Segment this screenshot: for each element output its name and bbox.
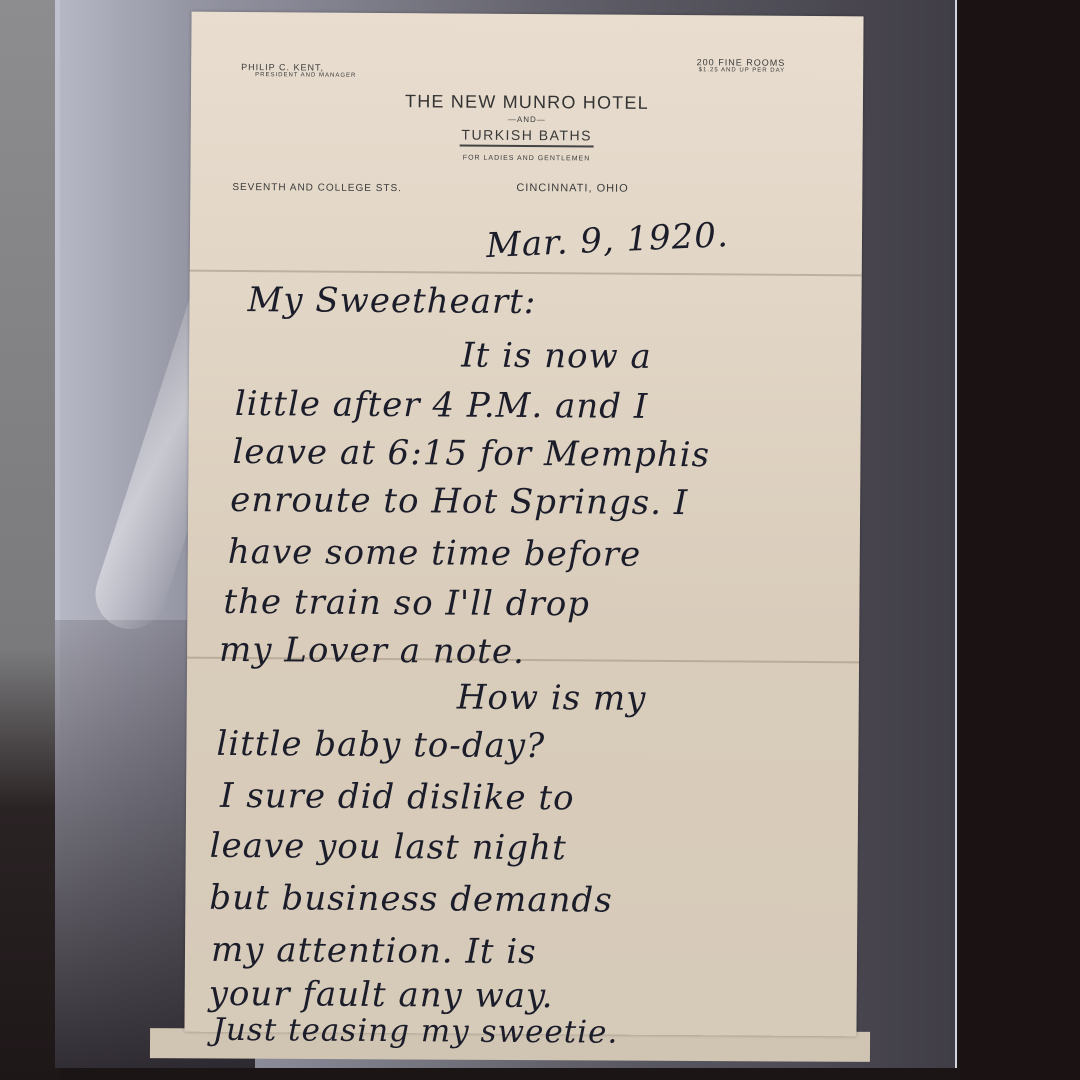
letter-page: PHILIP C. KENT, PRESIDENT AND MANAGER 20… [184,12,863,1037]
proprietor-block: PHILIP C. KENT, PRESIDENT AND MANAGER [241,62,356,79]
proprietor-name: PHILIP C. KENT, [241,62,324,73]
table-surface-left [0,0,60,1080]
letter-line: have some time before [228,532,642,575]
letter-line: I sure did dislike to [220,776,575,818]
letter-line: your fault any way. [209,974,554,1016]
hotel-subtitle: FOR LADIES AND GENTLEMEN [191,153,863,165]
table-surface-right [960,0,1080,1080]
letter-line: but business demands [209,878,613,921]
letter-line: leave you last night [210,826,567,868]
and-separator: —AND— [191,113,863,127]
letter-line: It is now a [461,336,652,377]
letter-line: little baby to-day? [216,724,545,766]
letter-date: Mar. 9, 1920. [485,215,729,266]
fold-line-upper [190,270,862,277]
hotel-name: THE NEW MUNRO HOTEL [191,90,863,116]
room-rates: $1.25 AND UP PER DAY [697,67,786,74]
letter-line: the train so I'll drop [223,582,590,625]
letter-line: little after 4 P.M. and I [235,384,649,427]
baths-title: TURKISH BATHS [191,125,863,146]
letter-line: leave at 6:15 for Memphis [232,432,710,475]
rooms-block: 200 FINE ROOMS $1.25 AND UP PER DAY [697,57,786,74]
salutation: My Sweetheart: [247,280,536,322]
rooms-count: 200 FINE ROOMS [697,57,786,68]
city-address: CINCINNATI, OHIO [516,182,628,195]
letter-line: my Lover a note. [219,630,525,672]
letter-line: Just teasing my sweetie. [212,1012,618,1051]
letter-line: my attention. It is [211,930,537,972]
letter-line: How is my [457,678,647,719]
street-address: SEVENTH AND COLLEGE STS. [232,182,402,194]
proprietor-title: PRESIDENT AND MANAGER [255,72,356,79]
letter-line: enroute to Hot Springs. I [230,480,688,523]
